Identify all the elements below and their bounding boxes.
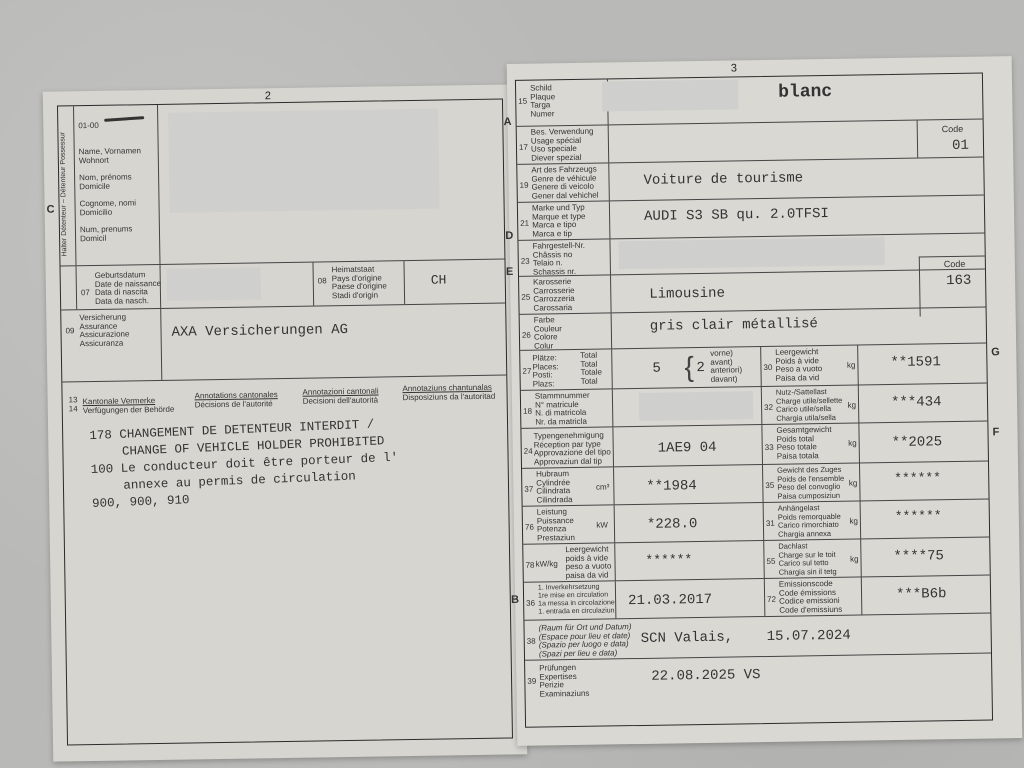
section-letter-c: C — [47, 204, 55, 216]
matricule-redacted — [639, 391, 753, 421]
redaction-scribble — [104, 116, 144, 122]
birthdate-label: Geburtsdatum Date de naissance Data di n… — [95, 271, 162, 306]
section-letter-a: A — [503, 116, 511, 128]
combined-weight-value: ****** — [894, 470, 941, 486]
vehicle-type-label: Art des Fahrzeugs Genre de véhicule Gene… — [531, 166, 598, 201]
plate-row: 15 Schild Plaque Targa Numer blanc — [516, 74, 983, 127]
origin-value: CH — [431, 272, 447, 287]
payload-label: Nutz-/Sattellast Charge utile/sellette C… — [776, 388, 843, 423]
seats-front-label: vorne) avant) anteriori) davant) — [710, 349, 742, 383]
inspections-row: 39 Prüfungen Expertises Perizie Examinaz… — [525, 653, 992, 726]
inspections-label: Prüfungen Expertises Perizie Examinaziun… — [539, 664, 589, 699]
section-letter-b: B — [511, 594, 519, 606]
holder-side-label: Halter Détenteur – Détenteur Possessur — [60, 146, 76, 256]
empty-weight-label: Leergewicht Poids à vide Peso a vuoto Pa… — [775, 348, 822, 383]
type-approval-value: 1AE9 04 — [658, 440, 717, 457]
plate-label: Schild Plaque Targa Numer — [530, 84, 555, 118]
type-approval-label: Typengenehmigung Réception par type Appr… — [533, 431, 610, 466]
displacement-value: **1984 — [646, 478, 697, 495]
holder-label-de: Name, Vornamen Wohnort — [79, 147, 142, 165]
total-weight-value: **2025 — [892, 434, 943, 451]
body-label: Karosserie Carrosserie Carrozzeria Caros… — [533, 278, 575, 313]
birthdate-redacted — [167, 267, 261, 300]
make-model-value: AUDI S3 SB qu. 2.0TFSI — [644, 206, 829, 225]
trailer-load-value: ****** — [895, 508, 942, 524]
holder-id-prefix: 01-00 — [78, 122, 99, 131]
combined-weight-label: Gewicht des Zuges Poids de l'ensemble Pe… — [777, 466, 844, 501]
seats-front-value: 2 — [696, 360, 705, 376]
code-label: Code — [942, 124, 964, 134]
trailer-load-label: Anhängelast Poids remorquable Carico rim… — [778, 504, 841, 539]
insurance-label: Versicherung Assurance Assicurazione Ass… — [79, 313, 129, 348]
color-value: gris clair métallisé — [650, 316, 818, 335]
vehicle-type-value: Voiture de tourisme — [643, 170, 803, 189]
body-value: Limousine — [649, 286, 725, 303]
special-use-label: Bes. Verwendung Usage spécial Uso specia… — [531, 128, 594, 163]
seats-label: Plätze: Places: Posti: Plazs: — [532, 354, 559, 388]
section-letter-d: D — [505, 230, 513, 242]
holder-name-redacted — [168, 109, 440, 213]
page-number: 2 — [265, 90, 271, 102]
insurance-value: AXA Versicherungen AG — [171, 322, 348, 341]
birthdate-origin-row: 07 Geburtsdatum Date de naissance Data d… — [61, 260, 506, 311]
power-label: Leistung Puissance Potenza Prestaziun — [537, 508, 575, 543]
matricule-label: Stammnummer N° matricule N. di matricola… — [535, 392, 590, 427]
ratio-label: Leergewicht poids à vide peso a vuoto pa… — [565, 545, 611, 580]
place-date-value: SCN Valais, 15.07.2024 — [641, 628, 851, 647]
holder-label-fr: Nom, prénoms Domicile — [79, 173, 132, 191]
holder-label-it: Cognome, nomi Domicilio — [79, 199, 136, 217]
color-label: Farbe Couleur Colore Colur — [534, 316, 563, 350]
chassis-number-redacted — [618, 237, 884, 269]
inspections-value: 22.08.2025 VS — [651, 667, 760, 685]
left-page-frame: Halter Détenteur – Détenteur Possessur 0… — [57, 99, 513, 746]
annotations-headers: Kantonale VermerkeVerfügungen der Behörd… — [83, 388, 503, 417]
displacement-label: Hubraum Cylindrée Cilindrata Cilindrada — [536, 470, 573, 505]
annotations-section: 13 14 Kantonale VermerkeVerfügungen der … — [62, 376, 512, 747]
seats-total-label: Total Total Totale Total — [580, 352, 602, 386]
power-value: *228.0 — [647, 516, 698, 533]
section-letter-g: G — [991, 346, 1000, 358]
section-letter-e: E — [506, 266, 514, 278]
registration-page-3: 3 A D E B G F 15 Schild Plaque Targa Num… — [507, 56, 1023, 746]
plate-color-value: blanc — [778, 82, 832, 103]
page-number: 3 — [731, 62, 737, 74]
seats-total-value: 5 — [652, 361, 661, 377]
holder-label-rm: Num, prenums Domicil — [80, 225, 133, 243]
holder-section: Halter Détenteur – Détenteur Possessur 0… — [58, 100, 504, 267]
brace: { — [684, 352, 694, 382]
origin-label: Heimatstaat Pays d'origine Paese d'origi… — [332, 265, 387, 300]
roof-load-label: Dachlast Charge sur le toit Carico sul t… — [778, 542, 836, 577]
place-date-label: (Raum für Ort und Datum) (Espace pour li… — [538, 623, 631, 658]
total-weight-label: Gesamtgewicht Poids total Peso totale Pa… — [776, 426, 832, 461]
emission-code-value: ***B6b — [896, 586, 947, 603]
annotations-numbers: 13 14 — [69, 396, 78, 413]
plate-number-redacted — [602, 79, 738, 111]
registration-page-2: 2 C Halter Détenteur – Détenteur Possess… — [43, 84, 527, 761]
code-label: Code — [944, 259, 966, 269]
special-use-code-value: 01 — [952, 138, 969, 154]
insurance-row: 09 Versicherung Assurance Assicurazione … — [61, 304, 506, 383]
payload-value: ***434 — [891, 394, 942, 411]
emission-code-label: Emissionscode Code émissions Codice emis… — [779, 580, 842, 615]
empty-weight-value: **1591 — [890, 354, 941, 371]
make-model-label: Marke und Typ Marque et type Marca e tip… — [532, 204, 586, 239]
chassis-label: Fahrgestell-Nr. Châssis no Telaio n. Sch… — [532, 242, 585, 277]
annotations-text: 178 CHANGEMENT DE DETENTEUR INTERDIT / C… — [89, 416, 400, 513]
ratio-value: ****** — [645, 552, 692, 568]
roof-load-value: ****75 — [893, 548, 944, 565]
right-page-frame: 15 Schild Plaque Targa Numer blanc 17 Be… — [515, 73, 993, 728]
first-registration-label: 1. Inverkehrsetzung 1re mise en circulat… — [538, 583, 615, 616]
section-letter-f: F — [992, 426, 999, 438]
first-registration-value: 21.03.2017 — [628, 592, 712, 609]
